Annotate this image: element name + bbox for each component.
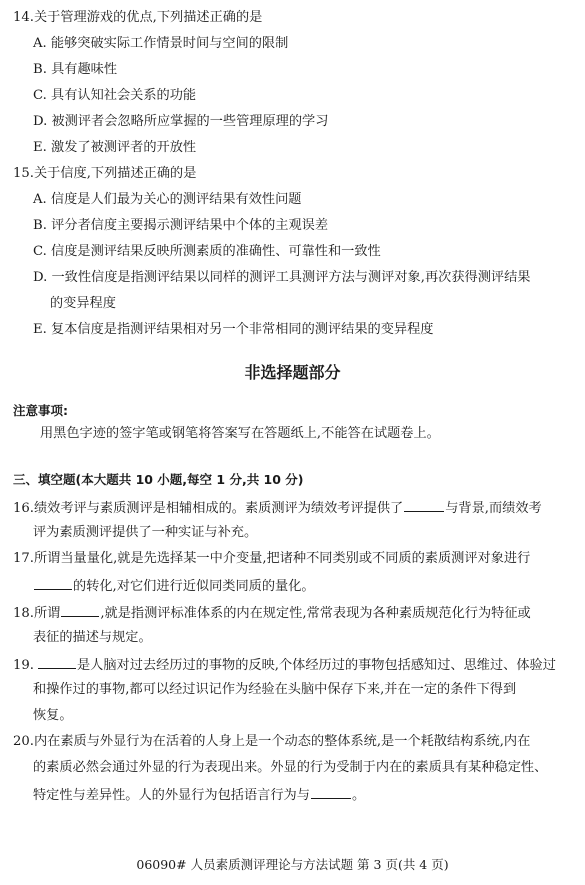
question-14-option-c: C. 具有认知社会关系的功能 bbox=[33, 87, 196, 105]
option-text: 具有认知社会关系的功能 bbox=[51, 88, 196, 103]
question-number: 15. bbox=[13, 166, 34, 181]
option-text: 信度是人们最为关心的测评结果有效性问题 bbox=[51, 192, 302, 207]
option-label: E. bbox=[33, 322, 47, 337]
question-number: 14. bbox=[13, 10, 34, 25]
question-20-line-1: 20.内在素质与外显行为在活着的人身上是一个动态的整体系统,是一个耗散结构系统,… bbox=[13, 733, 530, 751]
question-text: 内在素质与外显行为在活着的人身上是一个动态的整体系统,是一个耗散结构系统,内在 bbox=[34, 734, 530, 749]
option-label: A. bbox=[33, 192, 47, 207]
question-number: 16. bbox=[13, 501, 34, 516]
question-14-option-d: D. 被测评者会忽略所应掌握的一些管理原理的学习 bbox=[33, 113, 328, 131]
question-18-line-1: 18.所谓,就是指测评标准体系的内在规定性,常常表现为各种素质规范化行为特征或 bbox=[13, 603, 531, 623]
option-text: 信度是测评结果反映所测素质的准确性、可靠性和一致性 bbox=[51, 244, 381, 259]
answer-blank bbox=[404, 498, 444, 512]
answer-blank bbox=[311, 785, 351, 799]
question-15-stem: 15.关于信度,下列描述正确的是 bbox=[13, 165, 196, 183]
question-number: 19. bbox=[13, 658, 34, 673]
question-15-option-c: C. 信度是测评结果反映所测素质的准确性、可靠性和一致性 bbox=[33, 243, 381, 261]
question-16-line-1: 16.绩效考评与素质测评是相辅相成的。素质测评为绩效考评提供了与背景,而绩效考 bbox=[13, 498, 542, 518]
question-15-option-d: D. 一致性信度是指测评结果以同样的测评工具测评方法与测评对象,再次获得测评结果 bbox=[33, 269, 530, 287]
option-text: 被测评者会忽略所应掌握的一些管理原理的学习 bbox=[52, 114, 329, 129]
question-number: 18. bbox=[13, 606, 34, 621]
question-15-option-e: E. 复本信度是指测评结果相对另一个非常相同的测评结果的变异程度 bbox=[33, 321, 433, 339]
option-label: A. bbox=[33, 36, 47, 51]
answer-blank bbox=[38, 655, 76, 669]
question-14-stem: 14.关于管理游戏的优点,下列描述正确的是 bbox=[13, 9, 262, 27]
question-14-option-b: B. 具有趣味性 bbox=[33, 61, 117, 79]
question-text: 所谓 bbox=[34, 606, 60, 621]
question-18-line-2: 表征的描述与规定。 bbox=[33, 629, 152, 647]
question-text: 绩效考评与素质测评是相辅相成的。素质测评为绩效考评提供了 bbox=[34, 501, 403, 516]
part3-heading: 三、填空题(本大题共 10 小题,每空 1 分,共 10 分) bbox=[13, 471, 304, 489]
option-label: C. bbox=[33, 244, 47, 259]
question-14-option-e: E. 激发了被测评者的开放性 bbox=[33, 139, 196, 157]
question-text: 与背景,而绩效考 bbox=[445, 501, 542, 516]
question-20-line-3: 特定性与差异性。人的外显行为包括语言行为与。 bbox=[33, 785, 365, 805]
question-text: 。 bbox=[352, 788, 365, 803]
question-17-line-1: 17.所谓当量量化,就是先选择某一中介变量,把诸种不同类别或不同质的素质测评对象… bbox=[13, 550, 530, 568]
question-15-option-b: B. 评分者信度主要揭示测评结果中个体的主观误差 bbox=[33, 217, 328, 235]
page-footer: 06090# 人员素质测评理论与方法试题 第 3 页(共 4 页) bbox=[0, 855, 585, 873]
option-text: 具有趣味性 bbox=[51, 62, 117, 77]
option-text: 评分者信度主要揭示测评结果中个体的主观误差 bbox=[51, 218, 328, 233]
question-text: 是人脑对过去经历过的事物的反映,个体经历过的事物包括感知过、思维过、体验过 bbox=[77, 658, 556, 673]
section-title: 非选择题部分 bbox=[0, 360, 585, 383]
question-text: 所谓当量量化,就是先选择某一中介变量,把诸种不同类别或不同质的素质测评对象进行 bbox=[34, 551, 530, 566]
question-text: 的转化,对它们进行近似同类同质的量化。 bbox=[73, 579, 315, 594]
option-label: B. bbox=[33, 62, 47, 77]
question-17-line-2: 的转化,对它们进行近似同类同质的量化。 bbox=[33, 576, 315, 596]
option-label: B. bbox=[33, 218, 47, 233]
option-text: 一致性信度是指测评结果以同样的测评工具测评方法与测评对象,再次获得测评结果 bbox=[52, 270, 531, 285]
option-label: D. bbox=[33, 114, 47, 129]
question-16-line-2: 评为素质测评提供了一种实证与补充。 bbox=[33, 524, 257, 542]
option-label: C. bbox=[33, 88, 47, 103]
option-text: 能够突破实际工作情景时间与空间的限制 bbox=[51, 36, 288, 51]
answer-blank bbox=[34, 576, 72, 590]
question-number: 17. bbox=[13, 551, 34, 566]
option-text: 激发了被测评者的开放性 bbox=[51, 140, 196, 155]
notice-heading: 注意事项: bbox=[13, 402, 68, 420]
question-19-line-3: 恢复。 bbox=[33, 707, 73, 725]
answer-blank bbox=[61, 603, 99, 617]
question-text: 特定性与差异性。人的外显行为包括语言行为与 bbox=[33, 788, 310, 803]
question-text: ,就是指测评标准体系的内在规定性,常常表现为各种素质规范化行为特征或 bbox=[100, 606, 530, 621]
notice-text: 用黑色字迹的签字笔或钢笔将答案写在答题纸上,不能答在试题卷上。 bbox=[40, 425, 440, 443]
question-number: 20. bbox=[13, 734, 34, 749]
question-15-option-a: A. 信度是人们最为关心的测评结果有效性问题 bbox=[33, 191, 301, 209]
question-19-line-2: 和操作过的事物,都可以经过识记作为经验在头脑中保存下来,并在一定的条件下得到 bbox=[33, 681, 516, 699]
question-19-line-1: 19.是人脑对过去经历过的事物的反映,个体经历过的事物包括感知过、思维过、体验过 bbox=[13, 655, 556, 675]
question-15-option-d-continued: 的变异程度 bbox=[50, 295, 116, 313]
question-20-line-2: 的素质必然会通过外显的行为表现出来。外显的行为受制于内在的素质具有某种稳定性、 bbox=[33, 759, 547, 777]
question-14-option-a: A. 能够突破实际工作情景时间与空间的限制 bbox=[33, 35, 288, 53]
option-label: E. bbox=[33, 140, 47, 155]
question-stem: 关于管理游戏的优点,下列描述正确的是 bbox=[34, 10, 262, 25]
option-label: D. bbox=[33, 270, 47, 285]
option-text: 复本信度是指测评结果相对另一个非常相同的测评结果的变异程度 bbox=[51, 322, 433, 337]
question-stem: 关于信度,下列描述正确的是 bbox=[34, 166, 196, 181]
